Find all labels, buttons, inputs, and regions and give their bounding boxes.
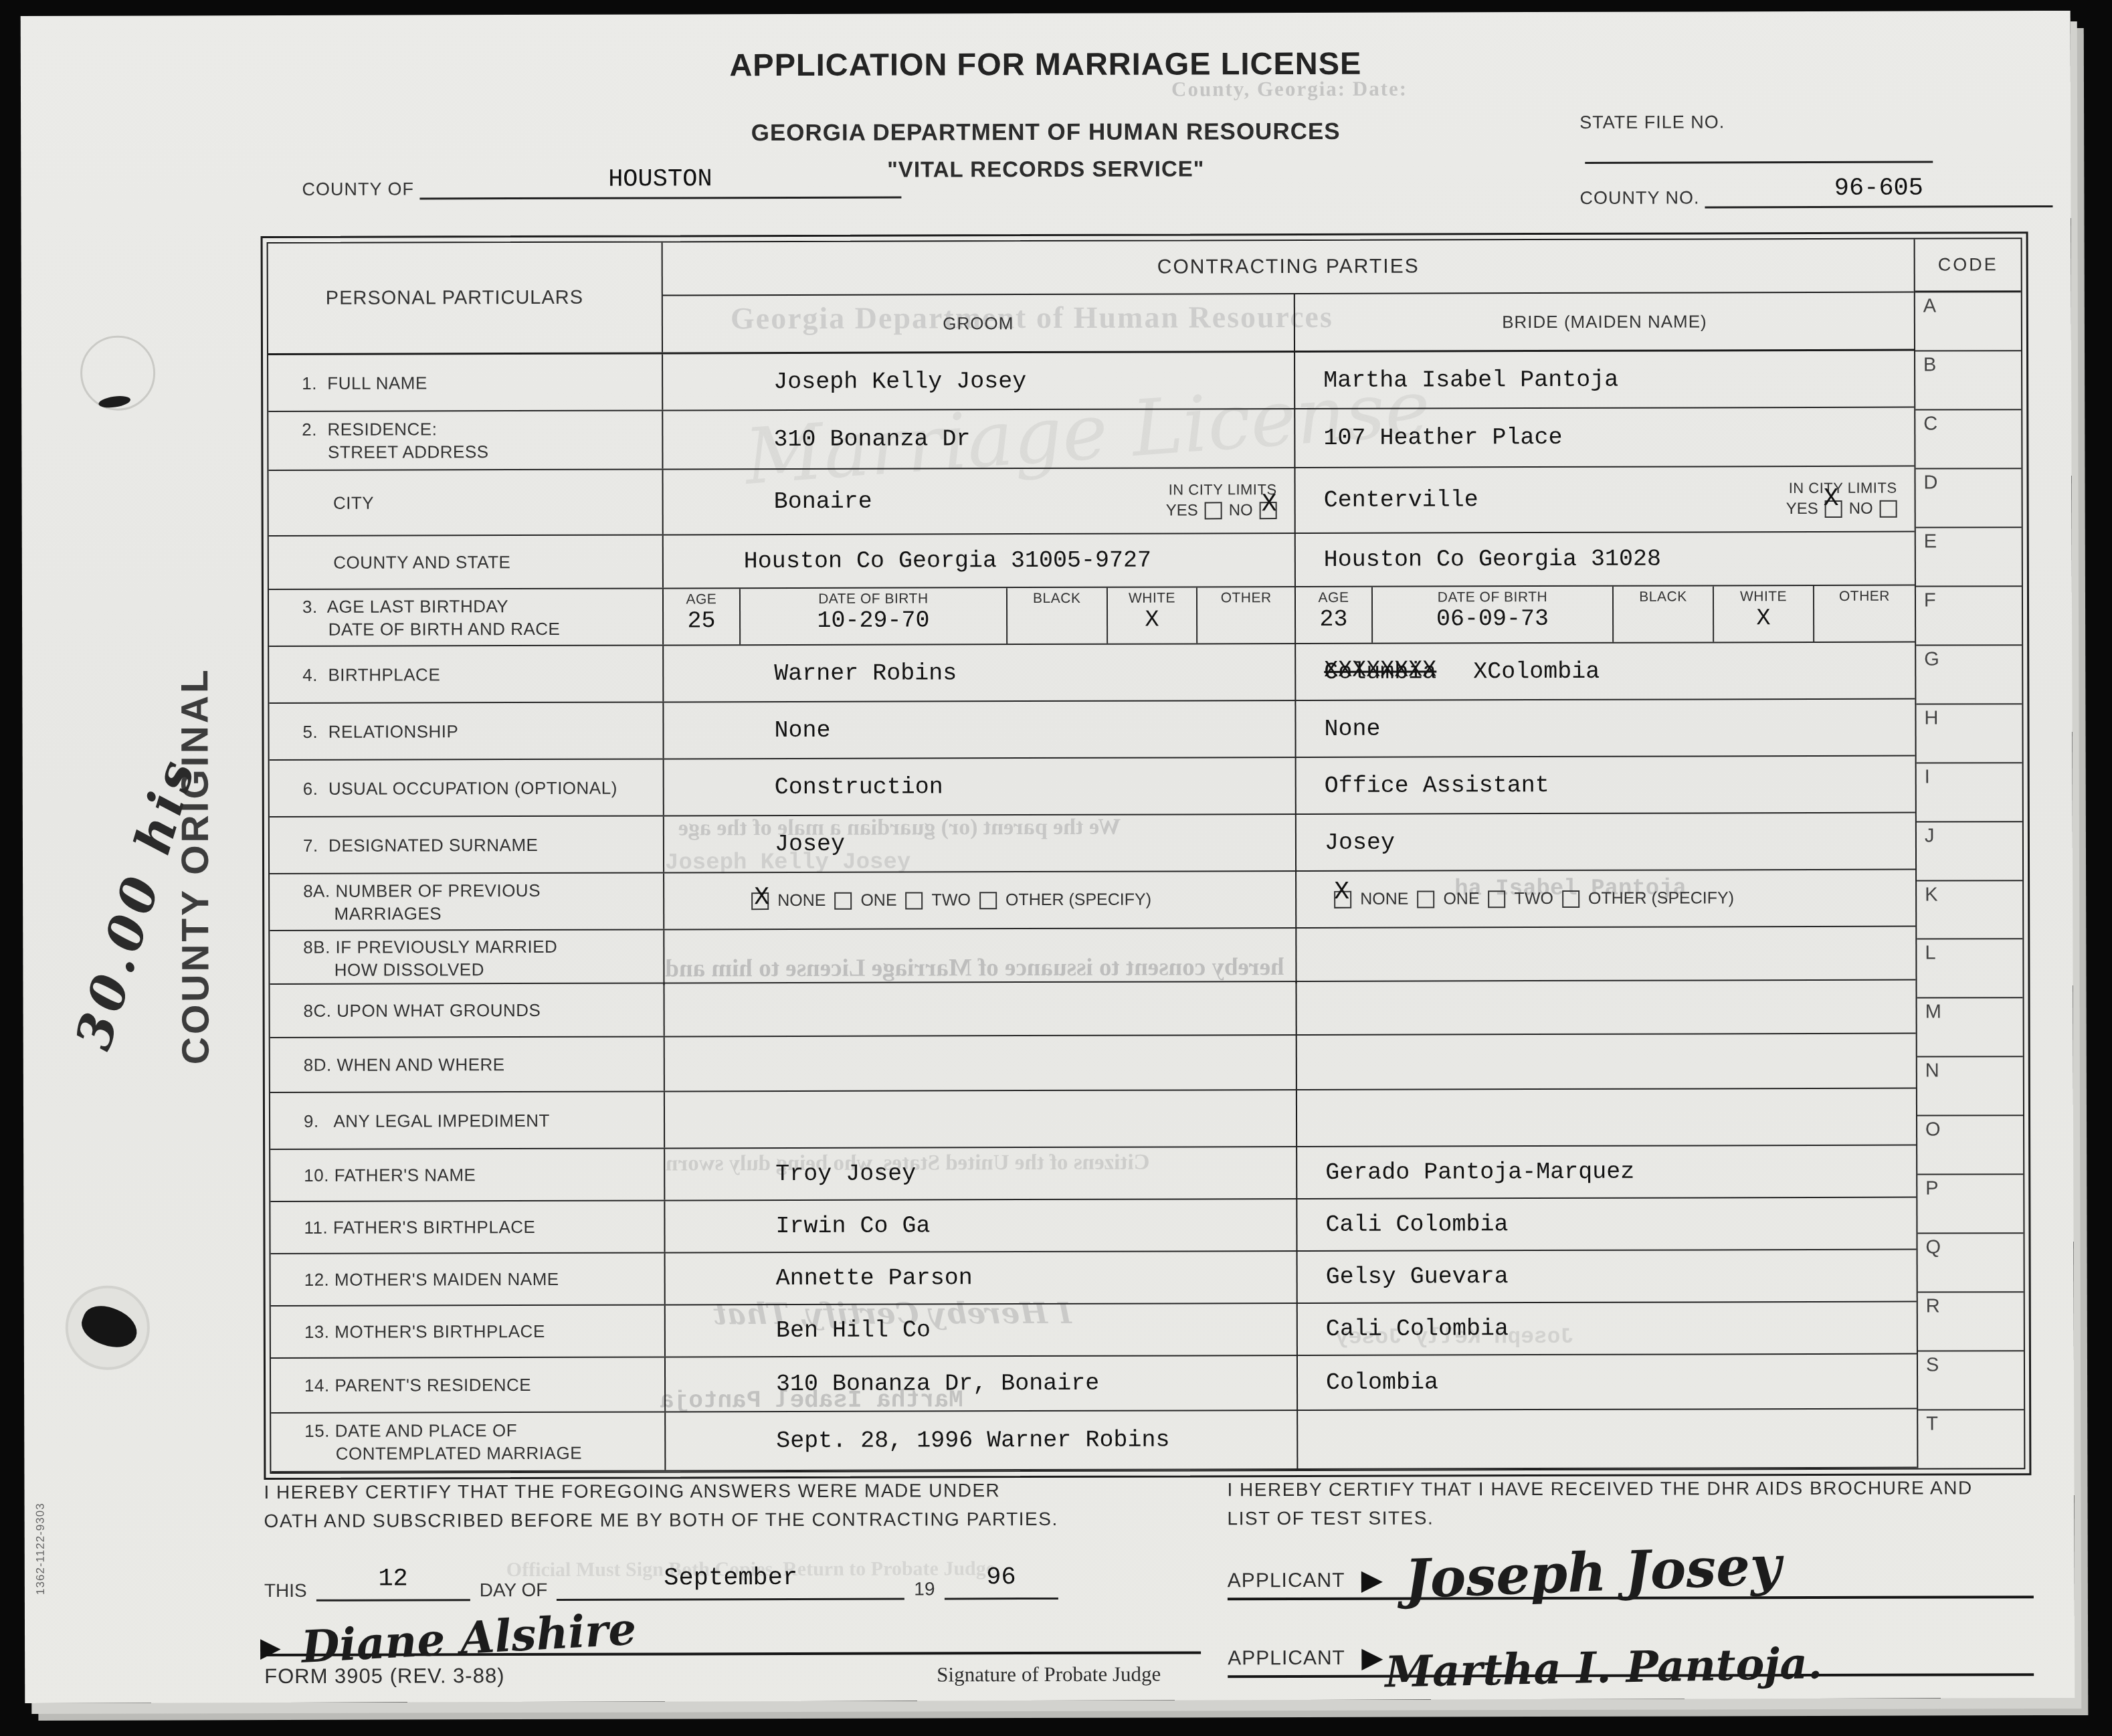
judge-signature: Diane Alshire [300,1602,638,1672]
x-mark: X [1262,490,1277,518]
other-checkbox [979,892,997,909]
row-label: 13. MOTHER'S BIRTHPLACE [271,1305,666,1357]
code-letter: H [1916,704,2022,763]
bride-value: Houston Co Georgia 31028 [1296,533,1915,586]
groom-age: 25 [687,607,715,634]
county-of-field: COUNTY OFHOUSTON [302,168,901,200]
row-label: 4. BIRTHPLACE [269,646,664,703]
judge-certification-block: I HEREBY CERTIFY THAT THE FOREGOING ANSW… [264,1475,1201,1688]
groom-value: 310 Bonanza Dr, Bonaire [666,1356,1298,1411]
bride-value: Gelsy Guevara [1298,1250,1917,1303]
code-letter: N [1917,1058,2023,1117]
bride-in-city-limits: IN CITY LIMITS YES X NO [1786,480,1897,518]
bride-value: Gerado Pantoja-Marquez [1297,1146,1916,1198]
personal-particulars-header: PERSONAL PARTICULARS [268,243,663,354]
applicant-cert-line2: LIST OF TEST SITES. [1228,1508,1434,1529]
bride-dob: 06-09-73 [1436,605,1549,632]
groom-in-city-limits: IN CITY LIMITS YES NO X [1165,481,1276,520]
table-row: 10. FATHER'S NAME Troy Josey Gerado Pant… [270,1146,1916,1202]
bride-marriages-cell: X NONE ONE TWO OTHER (SPECIFY) [1297,870,1915,927]
date-line: THIS 12 DAY OF September 19 96 [264,1567,1201,1602]
groom-marriages-cell: X NONE ONE TWO OTHER (SPECIFY) [664,872,1297,929]
groom-column-header: GROOM [663,294,1295,352]
code-letter: B [1915,351,2021,410]
county-no-label: COUNTY NO. [1579,187,1699,207]
code-letter: M [1917,999,2023,1058]
yes-checkbox: X [1825,500,1842,518]
code-letter: E [1916,528,2022,587]
form-stock-number: 1362-1122-9303 [34,1503,47,1595]
groom-value: Sept. 28, 1996 Warner Robins [666,1411,1298,1470]
row-label: CITY [268,470,663,536]
code-letter: I [1917,763,2022,822]
bride-value [1297,981,1915,1034]
row-label: 1. FULL NAME [268,355,663,411]
row-label: 7. DESIGNATED SURNAME [270,817,664,874]
county-of-value: HOUSTON [608,165,712,193]
row-label: 9. ANY LEGAL IMPEDIMENT [270,1092,665,1149]
groom-value [665,1036,1297,1090]
bride-birthplace-value: XColombia [1473,658,1600,684]
table-row: 13. MOTHER'S BIRTHPLACE Ben Hill Co Cali… [271,1303,1917,1359]
bride-value: None [1296,700,1915,757]
pointer-icon: ▶ [1361,1563,1383,1596]
groom-value: Joseph Kelly Josey [663,353,1295,409]
table-row-birthplace: 4. BIRTHPLACE Warner Robins Columbia XXX… [269,643,1915,704]
judge-signature-line: ▶ Diane Alshire [264,1602,1201,1656]
code-letter: A [1915,292,2021,351]
one-checkbox [834,892,852,909]
table-row: 7. DESIGNATED SURNAME Josey Josey [270,813,1915,874]
bride-value: Colombia [1298,1355,1917,1410]
table-row: 14. PARENT'S RESIDENCE 310 Bonanza Dr, B… [271,1355,1917,1414]
white-label: WHITE [1740,589,1787,605]
code-letter: J [1917,822,2022,881]
bride-column-header: BRIDE (MAIDEN NAME) [1295,293,1914,351]
other-label: OTHER (SPECIFY) [1588,888,1734,908]
contracting-parties-header: CONTRACTING PARTIES [663,239,1914,296]
black-label: BLACK [1033,591,1080,607]
white-label: WHITE [1129,590,1175,606]
code-letter: Q [1917,1234,2023,1292]
row-label: 8B. IF PREVIOUSLY MARRIED HOW DISSOLVED [270,930,664,985]
dob-label: DATE OF BIRTH [1438,589,1547,605]
one-label: ONE [860,891,896,910]
hole-punch-bottom [66,1286,150,1370]
none-checkbox: X [1334,890,1351,908]
two-checkbox [906,892,923,909]
groom-value: None [664,701,1296,758]
pointer-icon: ▶ [1361,1640,1383,1673]
table-row: 15. DATE AND PLACE OF CONTEMPLATED MARRI… [271,1410,1917,1472]
judge-cert-line2: OATH AND SUBSCRIBED BEFORE ME BY BOTH OF… [264,1509,1058,1531]
groom-value: Annette Parson [666,1252,1298,1304]
bride-birthplace-cell: Columbia XXXXXXXX XColombia [1296,643,1915,700]
table-row: 8C. UPON WHAT GROUNDS [270,981,1915,1038]
other-checkbox [1562,890,1579,907]
table-header: PERSONAL PARTICULARS CONTRACTING PARTIES… [268,239,1914,355]
one-label: ONE [1443,889,1479,908]
judge-signature-caption: Signature of Probate Judge [937,1662,1161,1686]
other-label: OTHER (SPECIFY) [1005,890,1151,910]
bride-city-value: Centerville [1324,486,1478,514]
table-row: 11. FATHER'S BIRTHPLACE Irwin Co Ga Cali… [270,1198,1916,1254]
table-row: 12. MOTHER'S MAIDEN NAME Annette Parson … [271,1250,1917,1307]
county-original-stamp: COUNTY ORIGINAL [173,667,218,1064]
table-row: 8D. WHEN AND WHERE [270,1034,1916,1093]
code-letter: T [1918,1410,2024,1468]
groom-value: Warner Robins [664,644,1296,701]
one-checkbox [1417,890,1434,908]
x-mark: X [1334,877,1349,906]
overstrike-text: XXXXXXXX [1324,656,1436,683]
no-label: NO [1849,500,1873,518]
groom-value [664,982,1297,1036]
code-column: CODE A B C D E F G H I J K L M N O P Q R… [1914,239,2024,1468]
row-label: 10. FATHER'S NAME [270,1149,665,1201]
other-label: OTHER [1839,589,1890,605]
groom-value: Troy Josey [665,1147,1297,1199]
groom-age-race-cell: AGE 25 DATE OF BIRTH 10-29-70 BLACK WHIT… [664,587,1296,644]
code-letter: F [1916,587,2022,646]
code-letter: S [1918,1351,2024,1410]
row-label: 11. FATHER'S BIRTHPLACE [270,1201,665,1253]
applicant2-signature-line: APPLICANT ▶ Martha I. Pantoja. [1228,1626,2034,1678]
none-label: NONE [1360,890,1408,909]
pointer-icon: ▶ [260,1632,281,1663]
row-label: 3. AGE LAST BIRTHDAY DATE OF BIRTH AND R… [269,589,664,646]
code-header: CODE [1915,239,2021,292]
bride-value: Cali Colombia [1298,1303,1917,1355]
applicant1-signature-line: APPLICANT ▶ Joseph Josey [1228,1549,2034,1600]
two-label: TWO [932,890,971,910]
applicant2-signature: Martha I. Pantoja. [1384,1638,1822,1697]
bride-value [1297,927,1915,983]
row-label: 12. MOTHER'S MAIDEN NAME [271,1253,666,1305]
bride-value: Josey [1297,813,1915,870]
table-row-city: CITY Bonaire IN CITY LIMITS YES NO X [268,467,1914,537]
table-row: 2. RESIDENCE: STREET ADDRESS 310 Bonanza… [268,408,1914,471]
age-label: AGE [1319,590,1349,606]
applicant-certification-block: I HEREBY CERTIFY THAT I HAVE RECEIVED TH… [1227,1473,2034,1678]
groom-value [665,1090,1297,1147]
applicant1-signature: Joseph Josey [1404,1533,1782,1610]
state-file-label: STATE FILE NO. [1579,112,1725,132]
bride-value [1297,1089,1916,1146]
applicant-label: APPLICANT [1228,1647,1345,1670]
row-label: 8A. NUMBER OF PREVIOUS MARRIAGES [270,874,664,931]
code-letter: L [1917,940,2022,999]
groom-dob: 10-29-70 [817,607,929,634]
row-label: 8C. UPON WHAT GROUNDS [270,983,664,1037]
bride-value: Martha Isabel Pantoja [1295,351,1914,408]
yes-checkbox [1205,502,1222,519]
judge-cert-line1: I HEREBY CERTIFY THAT THE FOREGOING ANSW… [264,1480,1000,1503]
table-row: 6. USUAL OCCUPATION (OPTIONAL) Construct… [270,757,1915,817]
no-label: NO [1229,501,1253,520]
county-no-value: 96-605 [1834,175,1923,203]
none-label: NONE [777,891,826,910]
groom-value: Irwin Co Ga [665,1199,1297,1252]
row-label: 2. RESIDENCE: STREET ADDRESS [268,411,663,470]
applicant-cert-line1: I HEREBY CERTIFY THAT I HAVE RECEIVED TH… [1227,1477,1972,1500]
state-file-field: STATE FILE NO. [1579,111,2071,164]
x-mark: X [754,883,769,912]
code-letter: C [1915,410,2021,469]
scanned-form-paper: County, Georgia: Date: Georgia Departmen… [21,11,2075,1703]
day-value: 12 [378,1565,408,1593]
code-letter: D [1915,469,2021,528]
groom-race-mark: X [1145,607,1159,634]
code-letter: P [1917,1175,2023,1234]
code-letter: O [1917,1117,2023,1175]
groom-value: Josey [664,815,1297,872]
yes-label: YES [1786,500,1818,518]
bride-value [1298,1410,1917,1468]
bride-value: Office Assistant [1297,757,1915,813]
code-letter: K [1917,881,2022,940]
bride-value: 107 Heather Place [1295,408,1914,467]
row-label: 5. RELATIONSHIP [269,703,664,760]
bride-age-race-cell: AGE 23 DATE OF BIRTH 06-09-73 BLACK WHIT… [1296,586,1915,643]
code-letter: G [1916,646,2022,704]
table-row: COUNTY AND STATE Houston Co Georgia 3100… [269,533,1915,590]
month-value: September [664,1564,797,1593]
table-row: 1. FULL NAME Joseph Kelly Josey Martha I… [268,351,1914,412]
row-label: COUNTY AND STATE [269,536,664,589]
groom-value: Houston Co Georgia 31005-9727 [664,534,1296,587]
groom-city-cell: Bonaire IN CITY LIMITS YES NO X [663,468,1295,534]
groom-value: 310 Bonanza Dr [663,409,1295,468]
none-checkbox: X [751,892,769,910]
page-title: APPLICATION FOR MARRIAGE LICENSE [21,43,2071,85]
applicant-label: APPLICANT [1228,1569,1345,1592]
code-letter: R [1918,1292,2024,1351]
row-label: 15. DATE AND PLACE OF CONTEMPLATED MARRI… [271,1412,666,1471]
bride-city-cell: Centerville IN CITY LIMITS YES X NO [1295,467,1914,533]
x-mark: X [1824,484,1839,513]
two-checkbox [1489,890,1506,908]
bride-age: 23 [1320,606,1348,633]
this-label: THIS [264,1580,307,1602]
table-row: 5. RELATIONSHIP None None [269,700,1915,761]
table-row-previous-marriages: 8A. NUMBER OF PREVIOUS MARRIAGES X NONE … [270,870,1915,931]
row-label: 8D. WHEN AND WHERE [270,1037,665,1092]
groom-value [664,929,1297,985]
county-no-field: COUNTY NO.96-605 [1579,177,2052,209]
no-checkbox [1880,500,1897,518]
bride-value: Cali Colombia [1297,1198,1916,1250]
bride-race-mark: X [1757,605,1771,632]
dob-label: DATE OF BIRTH [818,591,928,607]
bride-value [1297,1034,1916,1089]
row-label: 14. PARENT'S RESIDENCE [271,1357,666,1412]
black-label: BLACK [1639,589,1687,605]
table-row: 9. ANY LEGAL IMPEDIMENT [270,1089,1916,1150]
groom-value: Ben Hill Co [666,1304,1298,1356]
age-label: AGE [686,591,716,607]
hole-punch-top [80,335,155,410]
groom-value: Construction [664,758,1297,815]
two-label: TWO [1515,889,1553,908]
groom-city-value: Bonaire [774,488,872,515]
other-label: OTHER [1221,590,1272,606]
application-table: PERSONAL PARTICULARS CONTRACTING PARTIES… [261,231,2032,1480]
year-value: 96 [986,1563,1016,1592]
table-row: 8B. IF PREVIOUSLY MARRIED HOW DISSOLVED [270,927,1915,985]
county-of-label: COUNTY OF [302,179,414,199]
yes-label: YES [1166,501,1198,520]
day-of-label: DAY OF [480,1579,548,1601]
row-label: 6. USUAL OCCUPATION (OPTIONAL) [270,760,664,817]
year-prefix: 19 [914,1578,935,1600]
no-checkbox: X [1260,502,1277,519]
table-row-age-race: 3. AGE LAST BIRTHDAY DATE OF BIRTH AND R… [269,586,1915,647]
